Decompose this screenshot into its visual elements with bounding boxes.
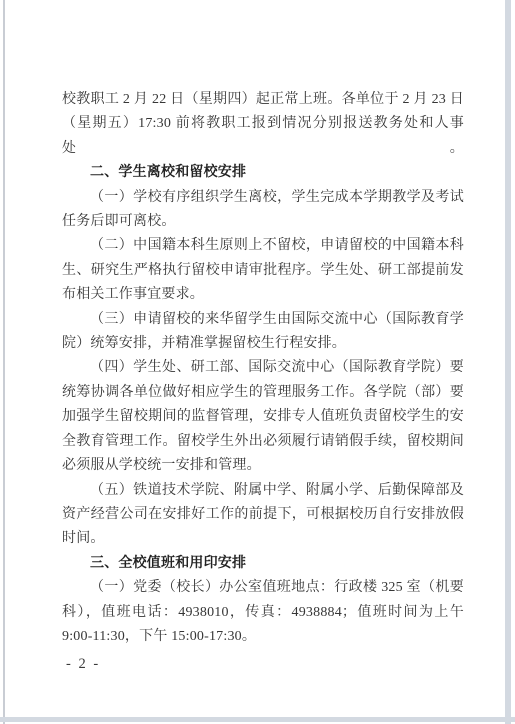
text-line: 9:00-11:30，下午 15:00-17:30。 xyxy=(62,625,464,649)
text-line: 科），值班电话：4938010，传真：4938884；值班时间为上午 xyxy=(62,601,464,625)
document-page: 校教职工 2 月 22 日（星期四）起正常上班。各单位于 2 月 23 日（星期… xyxy=(0,0,515,724)
text-line: （五）铁道技术学院、附属中学、附属小学、后勤保障部及 xyxy=(62,479,464,503)
text-line: 院）统筹安排，并精准掌握留校生行程安排。 xyxy=(62,332,464,356)
text-line: （二）中国籍本科生原则上不留校，申请留校的中国籍本科 xyxy=(62,234,464,258)
text-line: （三）申请留校的来华留学生由国际交流中心（国际教育学 xyxy=(62,308,464,332)
text-line: 资产经营公司在安排好工作的前提下，可根据校历自行安排放假 xyxy=(62,503,464,527)
page-left-edge xyxy=(3,0,5,724)
text-line: 时间。 xyxy=(62,527,464,551)
text-line: 全教育管理工作。留校学生外出必须履行请销假手续，留校期间 xyxy=(62,430,464,454)
document-viewer: { "page": { "number_label": "- 2 -", "li… xyxy=(0,0,515,724)
text-line: 校教职工 2 月 22 日（星期四）起正常上班。各单位于 2 月 23 日 xyxy=(62,88,464,112)
section-heading: 二、学生离校和留校安排 xyxy=(62,161,464,185)
text-line: 必须服从学校统一安排和管理。 xyxy=(62,454,464,478)
text-line: （一）党委（校长）办公室值班地点：行政楼 325 室（机要 xyxy=(62,576,464,600)
page-bottom-edge xyxy=(0,717,515,722)
text-line: （四）学生处、研工部、国际交流中心（国际教育学院）要 xyxy=(62,356,464,380)
document-body: 校教职工 2 月 22 日（星期四）起正常上班。各单位于 2 月 23 日（星期… xyxy=(62,88,464,649)
text-line: 任务后即可离校。 xyxy=(62,210,464,234)
page-right-edge xyxy=(505,0,511,724)
text-line: 统筹协调各单位做好相应学生的管理服务工作。各学院（部）要 xyxy=(62,381,464,405)
page-number: - 2 - xyxy=(66,656,100,673)
section-heading: 三、全校值班和用印安排 xyxy=(62,552,464,576)
text-line: 布相关工作事宜要求。 xyxy=(62,283,464,307)
text-line: （一）学校有序组织学生离校，学生完成本学期教学及考试 xyxy=(62,186,464,210)
text-line: （星期五）17:30 前将教职工报到情况分别报送教务处和人事处。 xyxy=(62,112,464,161)
text-line: 生、研究生严格执行留校申请审批程序。学生处、研工部提前发 xyxy=(62,259,464,283)
text-line: 加强学生留校期间的监督管理，安排专人值班负责留校学生的安 xyxy=(62,405,464,429)
